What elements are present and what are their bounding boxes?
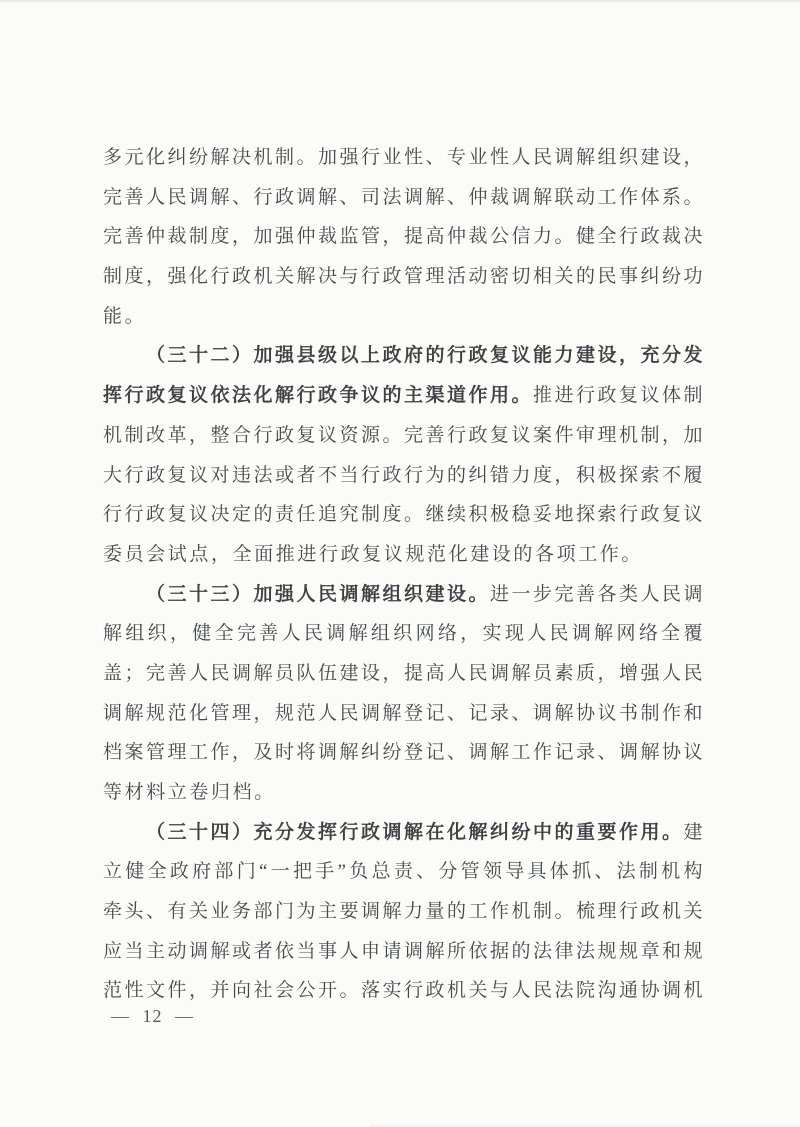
text-run: 完善人民调解、行政调解、司法调解、仲裁调解联动工作体系。 — [103, 187, 704, 208]
text-run: 档案管理工作，及时将调解纠纷登记、调解工作记录、调解协议 — [103, 742, 704, 763]
text-line: 牵头、有关业务部门为主要调解力量的工作机制。梳理行政机关 — [103, 892, 704, 932]
document-page: 多元化纠纷解决机制。加强行业性、专业性人民调解组织建设， 完善人民调解、行政调解… — [103, 138, 704, 1011]
scan-edge-top — [0, 0, 800, 3]
text-line: 立健全政府部门“一把手”负总责、分管领导具体抓、法制机构 — [103, 852, 704, 892]
text-line: 委员会试点，全面推进行政复议规范化建设的各项工作。 — [103, 535, 704, 575]
text-run: 完善仲裁制度，加强仲裁监管，提高仲裁公信力。健全行政裁决 — [103, 226, 704, 247]
text-run: 立健全政府部门“一把手”负总责、分管领导具体抓、法制机构 — [103, 861, 704, 882]
text-line: 盖；完善人民调解员队伍建设，提高人民调解员素质，增强人民 — [103, 654, 704, 694]
bold-run: （三十三）加强人民调解组织建设。 — [146, 584, 490, 605]
text-line: 能。 — [103, 297, 704, 337]
text-run: 多元化纠纷解决机制。加强行业性、专业性人民调解组织建设， — [103, 147, 704, 168]
text-run: 应当主动调解或者依当事人申请调解所依据的法律法规规章和规 — [103, 941, 704, 962]
text-run: 盖；完善人民调解员队伍建设，提高人民调解员素质，增强人民 — [103, 663, 704, 684]
text-run: 推进行政复议体制 — [533, 385, 704, 406]
text-line: 完善仲裁制度，加强仲裁监管，提高仲裁公信力。健全行政裁决 — [103, 217, 704, 257]
text-run: 解组织，健全完善人民调解组织网络，实现人民调解网络全覆 — [103, 623, 704, 644]
text-line: 行行政复议决定的责任追究制度。继续积极稳妥地探索行政复议 — [103, 495, 704, 535]
text-line: 档案管理工作，及时将调解纠纷登记、调解工作记录、调解协议 — [103, 733, 704, 773]
text-run: 等材料立卷归档。 — [103, 782, 276, 803]
text-line: 应当主动调解或者依当事人申请调解所依据的法律法规规章和规 — [103, 932, 704, 972]
bold-run: （三十二）加强县级以上政府的行政复议能力建设，充分发 — [146, 345, 704, 366]
text-run: 大行政复议对违法或者不当行政行为的纠错力度，积极探索不履 — [103, 465, 704, 486]
text-run: 行行政复议决定的责任追究制度。继续积极稳妥地探索行政复议 — [103, 504, 704, 525]
text-line: 机制改革，整合行政复议资源。完善行政复议案件审理机制，加 — [103, 416, 704, 456]
bold-run: （三十四）充分发挥行政调解在化解纠纷中的重要作用。 — [146, 822, 683, 843]
paragraph-item-32: （三十二）加强县级以上政府的行政复议能力建设，充分发 挥行政复议依法化解行政争议… — [103, 336, 704, 574]
text-run: 范性文件，并向社会公开。落实行政机关与人民法院沟通协调机 — [103, 980, 704, 1001]
paragraph-item-33: （三十三）加强人民调解组织建设。进一步完善各类人民调 解组织，健全完善人民调解组… — [103, 575, 704, 813]
paragraph-continuation: 多元化纠纷解决机制。加强行业性、专业性人民调解组织建设， 完善人民调解、行政调解… — [103, 138, 704, 336]
text-run: 委员会试点，全面推进行政复议规范化建设的各项工作。 — [103, 544, 643, 565]
text-line: （三十二）加强县级以上政府的行政复议能力建设，充分发 — [103, 336, 704, 376]
text-run: 建 — [683, 822, 704, 843]
paragraph-item-34: （三十四）充分发挥行政调解在化解纠纷中的重要作用。建 立健全政府部门“一把手”负… — [103, 813, 704, 1011]
text-line: 挥行政复议依法化解行政争议的主渠道作用。推进行政复议体制 — [103, 376, 704, 416]
text-line: （三十四）充分发挥行政调解在化解纠纷中的重要作用。建 — [103, 813, 704, 853]
text-run: 能。 — [103, 306, 146, 327]
text-run: 制度，强化行政机关解决与行政管理活动密切相关的民事纠纷功 — [103, 266, 704, 287]
bold-run: 挥行政复议依法化解行政争议的主渠道作用。 — [103, 385, 533, 406]
text-run: 牵头、有关业务部门为主要调解力量的工作机制。梳理行政机关 — [103, 901, 704, 922]
page-number: — 12 — — [111, 1006, 194, 1027]
text-run: 调解规范化管理，规范人民调解登记、记录、调解协议书制作和 — [103, 703, 704, 724]
text-line: 完善人民调解、行政调解、司法调解、仲裁调解联动工作体系。 — [103, 178, 704, 218]
text-line: 大行政复议对违法或者不当行政行为的纠错力度，积极探索不履 — [103, 456, 704, 496]
text-line: 调解规范化管理，规范人民调解登记、记录、调解协议书制作和 — [103, 694, 704, 734]
text-run: 进一步完善各类人民调 — [490, 584, 704, 605]
text-line: 等材料立卷归档。 — [103, 773, 704, 813]
text-line: 多元化纠纷解决机制。加强行业性、专业性人民调解组织建设， — [103, 138, 704, 178]
text-line: 解组织，健全完善人民调解组织网络，实现人民调解网络全覆 — [103, 614, 704, 654]
text-line: （三十三）加强人民调解组织建设。进一步完善各类人民调 — [103, 575, 704, 615]
text-run: 机制改革，整合行政复议资源。完善行政复议案件审理机制，加 — [103, 425, 704, 446]
text-line: 制度，强化行政机关解决与行政管理活动密切相关的民事纠纷功 — [103, 257, 704, 297]
